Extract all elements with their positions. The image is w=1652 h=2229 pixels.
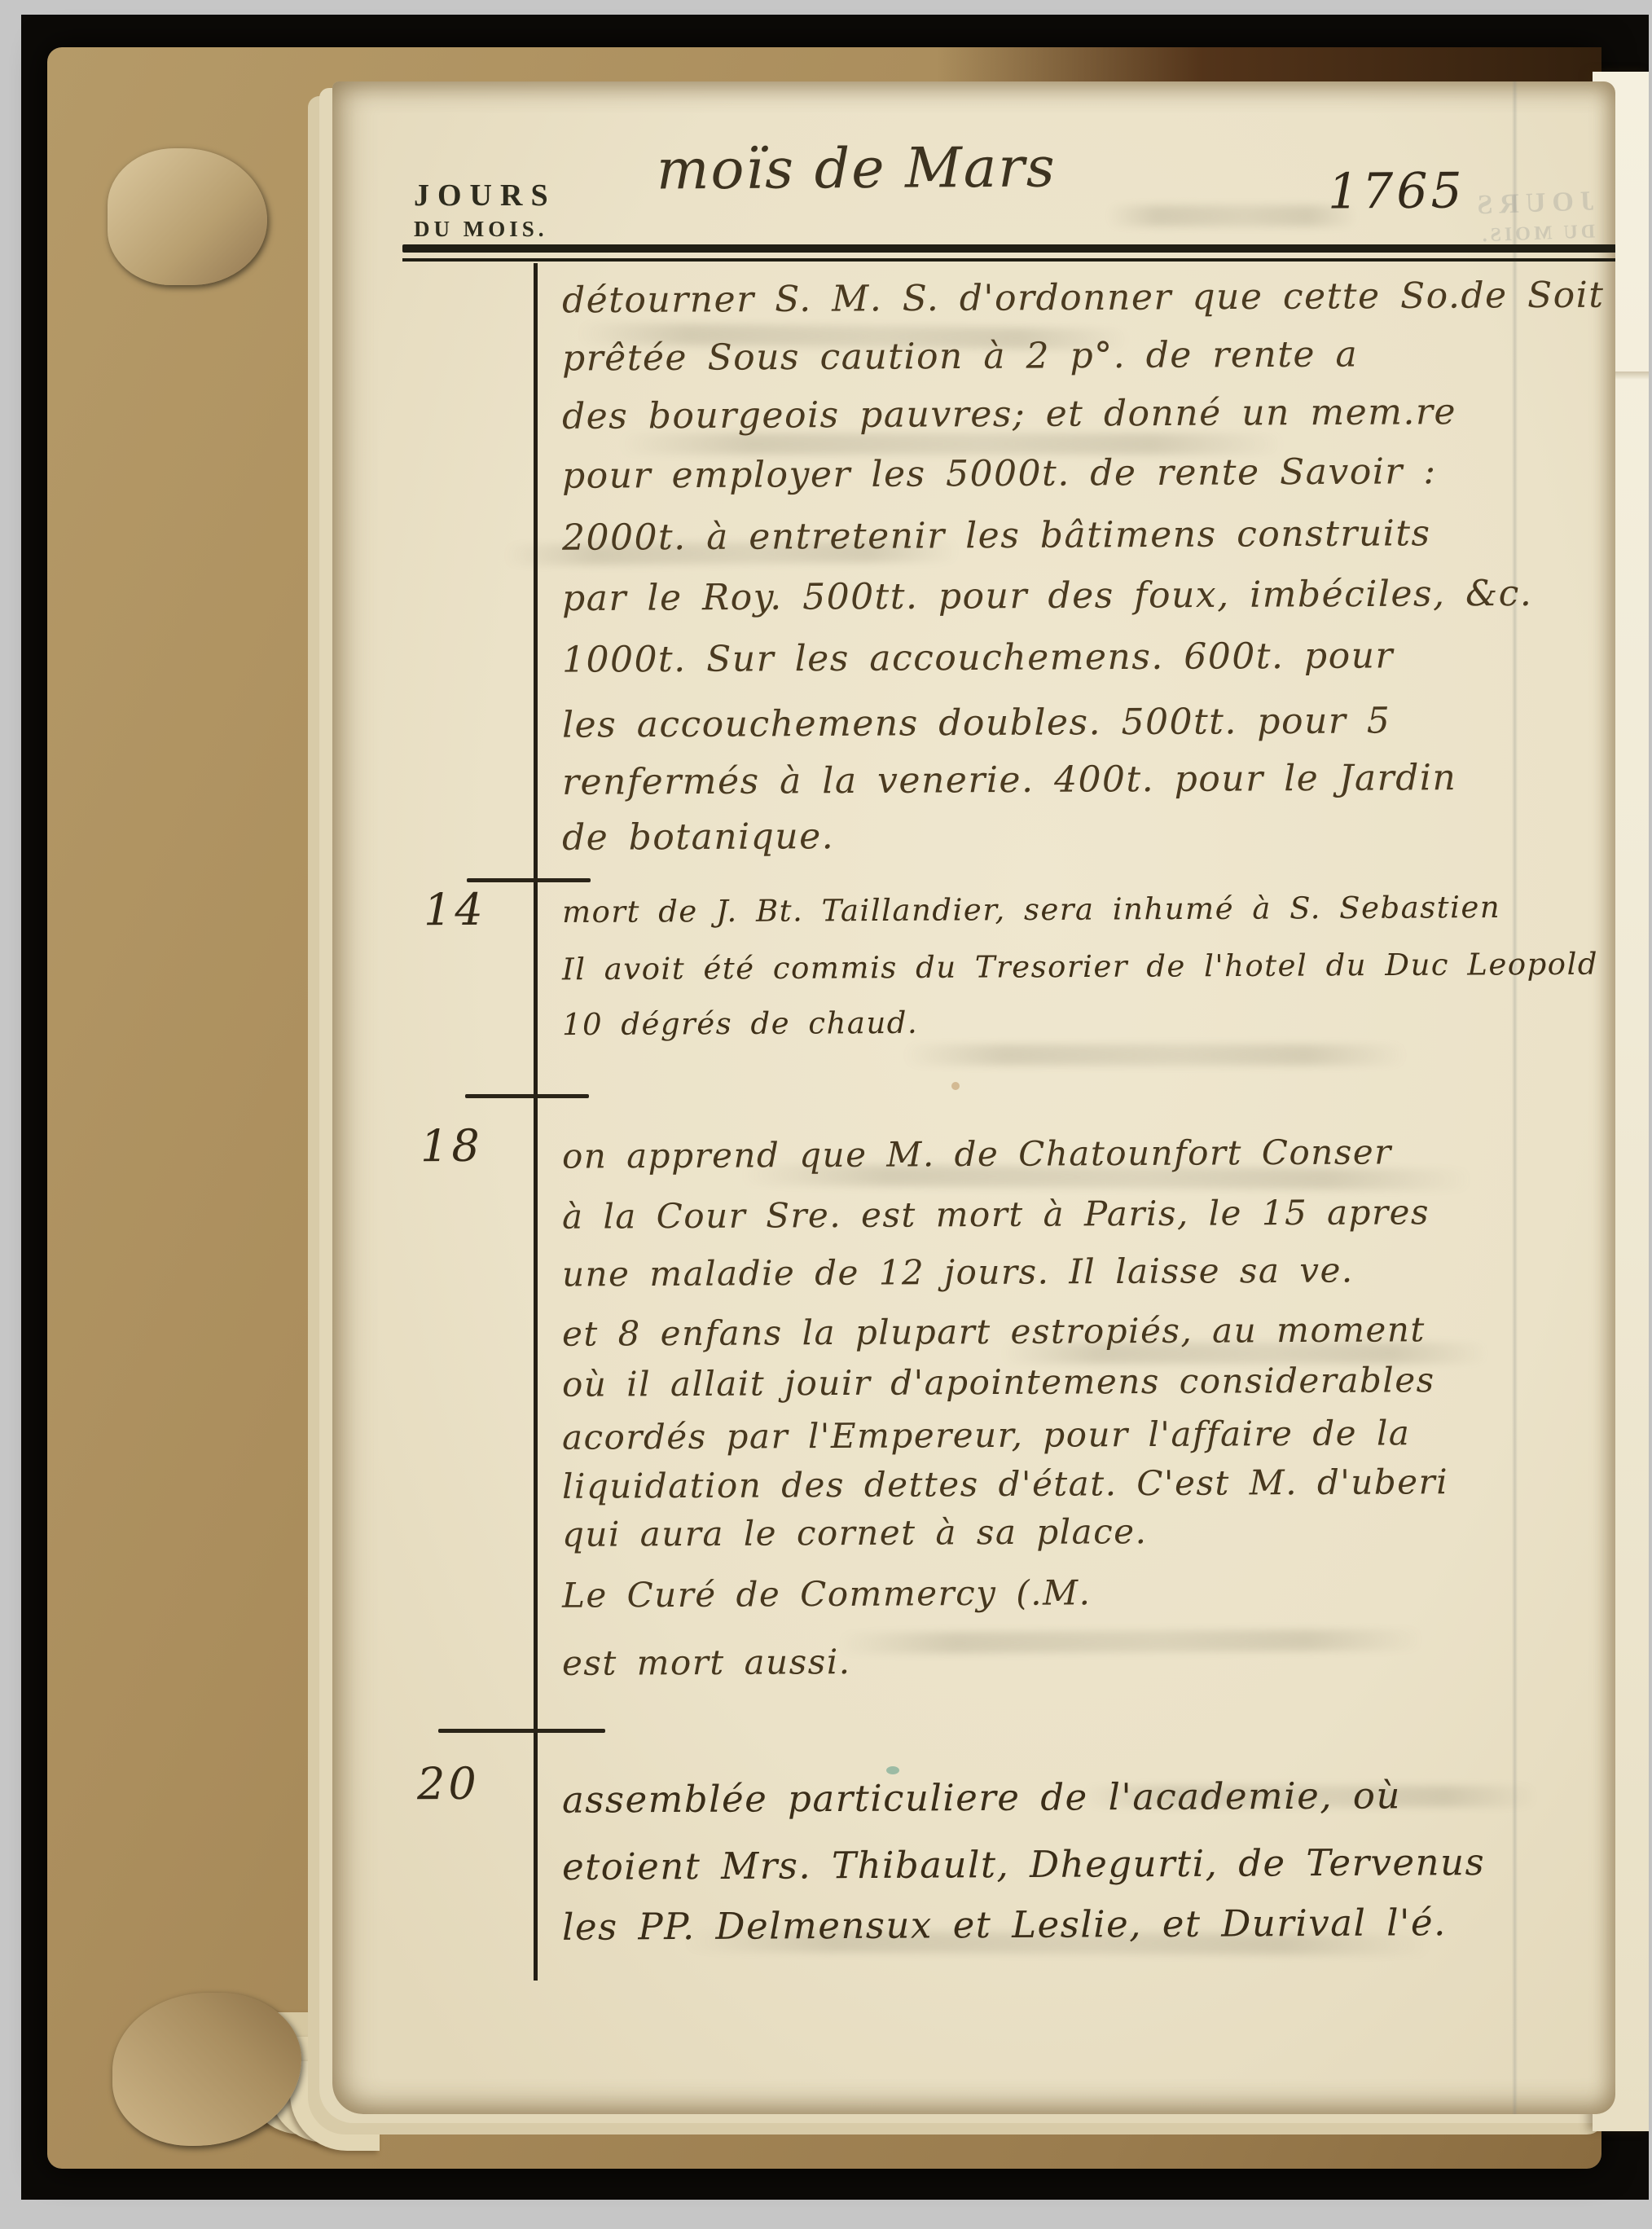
page-crease [1512, 81, 1518, 2114]
paper-speck [951, 1082, 960, 1090]
entry-line: liquidation des dettes d'état. C'est M. … [562, 1462, 1448, 1506]
entry-line: de botanique. [562, 816, 834, 859]
entry-line: 1000t. Sur les accouchemens. 600t. pour [562, 635, 1394, 680]
entry-line: les accouchemens doubles. 500tt. pour 5 [562, 700, 1391, 745]
entry-line: est mort aussi. [562, 1642, 851, 1683]
header-bleedthrough-line1: JOURS [1470, 183, 1595, 223]
entry-line: détourner S. M. S. d'ordonner que cette … [562, 275, 1605, 322]
header-rule-thick [402, 244, 1615, 253]
entry-separator-tick [438, 1729, 605, 1733]
header-rule-thin [402, 258, 1615, 262]
entry-line: à la Cour Sre. est mort à Paris, le 15 a… [562, 1192, 1430, 1237]
entry-line: et 8 enfans la plupart estropiés, au mom… [562, 1309, 1426, 1354]
entry-line: où il allait jouir d'apointemens conside… [562, 1360, 1435, 1405]
ink-bleedthrough [903, 1044, 1408, 1066]
entry-separator-tick [465, 1094, 589, 1098]
entry-line: prêtée Sous caution à 2 p°. de rente a [562, 333, 1358, 379]
entry-separator-tick [467, 878, 591, 882]
day-number-14: 14 [424, 884, 486, 935]
paper-speck [886, 1766, 899, 1774]
entry-line: Le Curé de Commercy (.M. [562, 1572, 1092, 1615]
day-column-rule [534, 263, 538, 1981]
entry-line: pour employer les 5000t. de rente Savoir… [562, 451, 1437, 497]
entry-line: mort de J. Bt. Taillandier, sera inhumé … [562, 890, 1500, 930]
entry-line: Il avoit été commis du Tresorier de l'ho… [562, 947, 1598, 987]
days-column-label-line2: DU MOIS. [414, 217, 548, 242]
header-bleedthrough: JOURS DU MOIS. [1470, 183, 1596, 249]
entry-line: des bourgeois pauvres; et donné un mem.r… [562, 391, 1456, 437]
entry-line: renfermés à la venerie. 400t. pour le Ja… [562, 757, 1456, 803]
year: 1765 [1328, 162, 1465, 220]
entry-line: les PP. Delmensux et Leslie, et Durival … [562, 1901, 1447, 1949]
days-column-label-line1: JOURS [414, 178, 556, 213]
entry-line: par le Roy. 500tt. pour des foux, imbéci… [562, 573, 1533, 619]
entry-line: qui aura le cornet à sa place. [562, 1511, 1148, 1554]
entry-line: acordés par l'Empereur, pour l'affaire d… [562, 1413, 1411, 1457]
entry-line: 2000t. à entretenir les bâtimens constru… [562, 512, 1431, 559]
entry-line: 10 dégrés de chaud. [562, 1005, 918, 1042]
scanned-book-photo: JOURS DU MOIS. JOURS DU MOIS. moïs de Ma… [0, 0, 1652, 2229]
day-number-20: 20 [417, 1758, 480, 1809]
manuscript-page: JOURS DU MOIS. JOURS DU MOIS. moïs de Ma… [332, 81, 1615, 2114]
entry-line: assemblée particuliere de l'academie, où [562, 1774, 1401, 1821]
month-title: moïs de Mars [657, 136, 1057, 203]
entry-line: on apprend que M. de Chatounfort Conser [562, 1132, 1392, 1176]
entry-line: etoient Mrs. Thibault, Dhegurti, de Terv… [562, 1840, 1485, 1888]
day-number-18: 18 [420, 1120, 483, 1172]
entry-line: une maladie de 12 jours. Il laisse sa ve… [562, 1250, 1354, 1294]
ink-bleedthrough [837, 1629, 1424, 1654]
ink-bleedthrough [1106, 205, 1359, 226]
